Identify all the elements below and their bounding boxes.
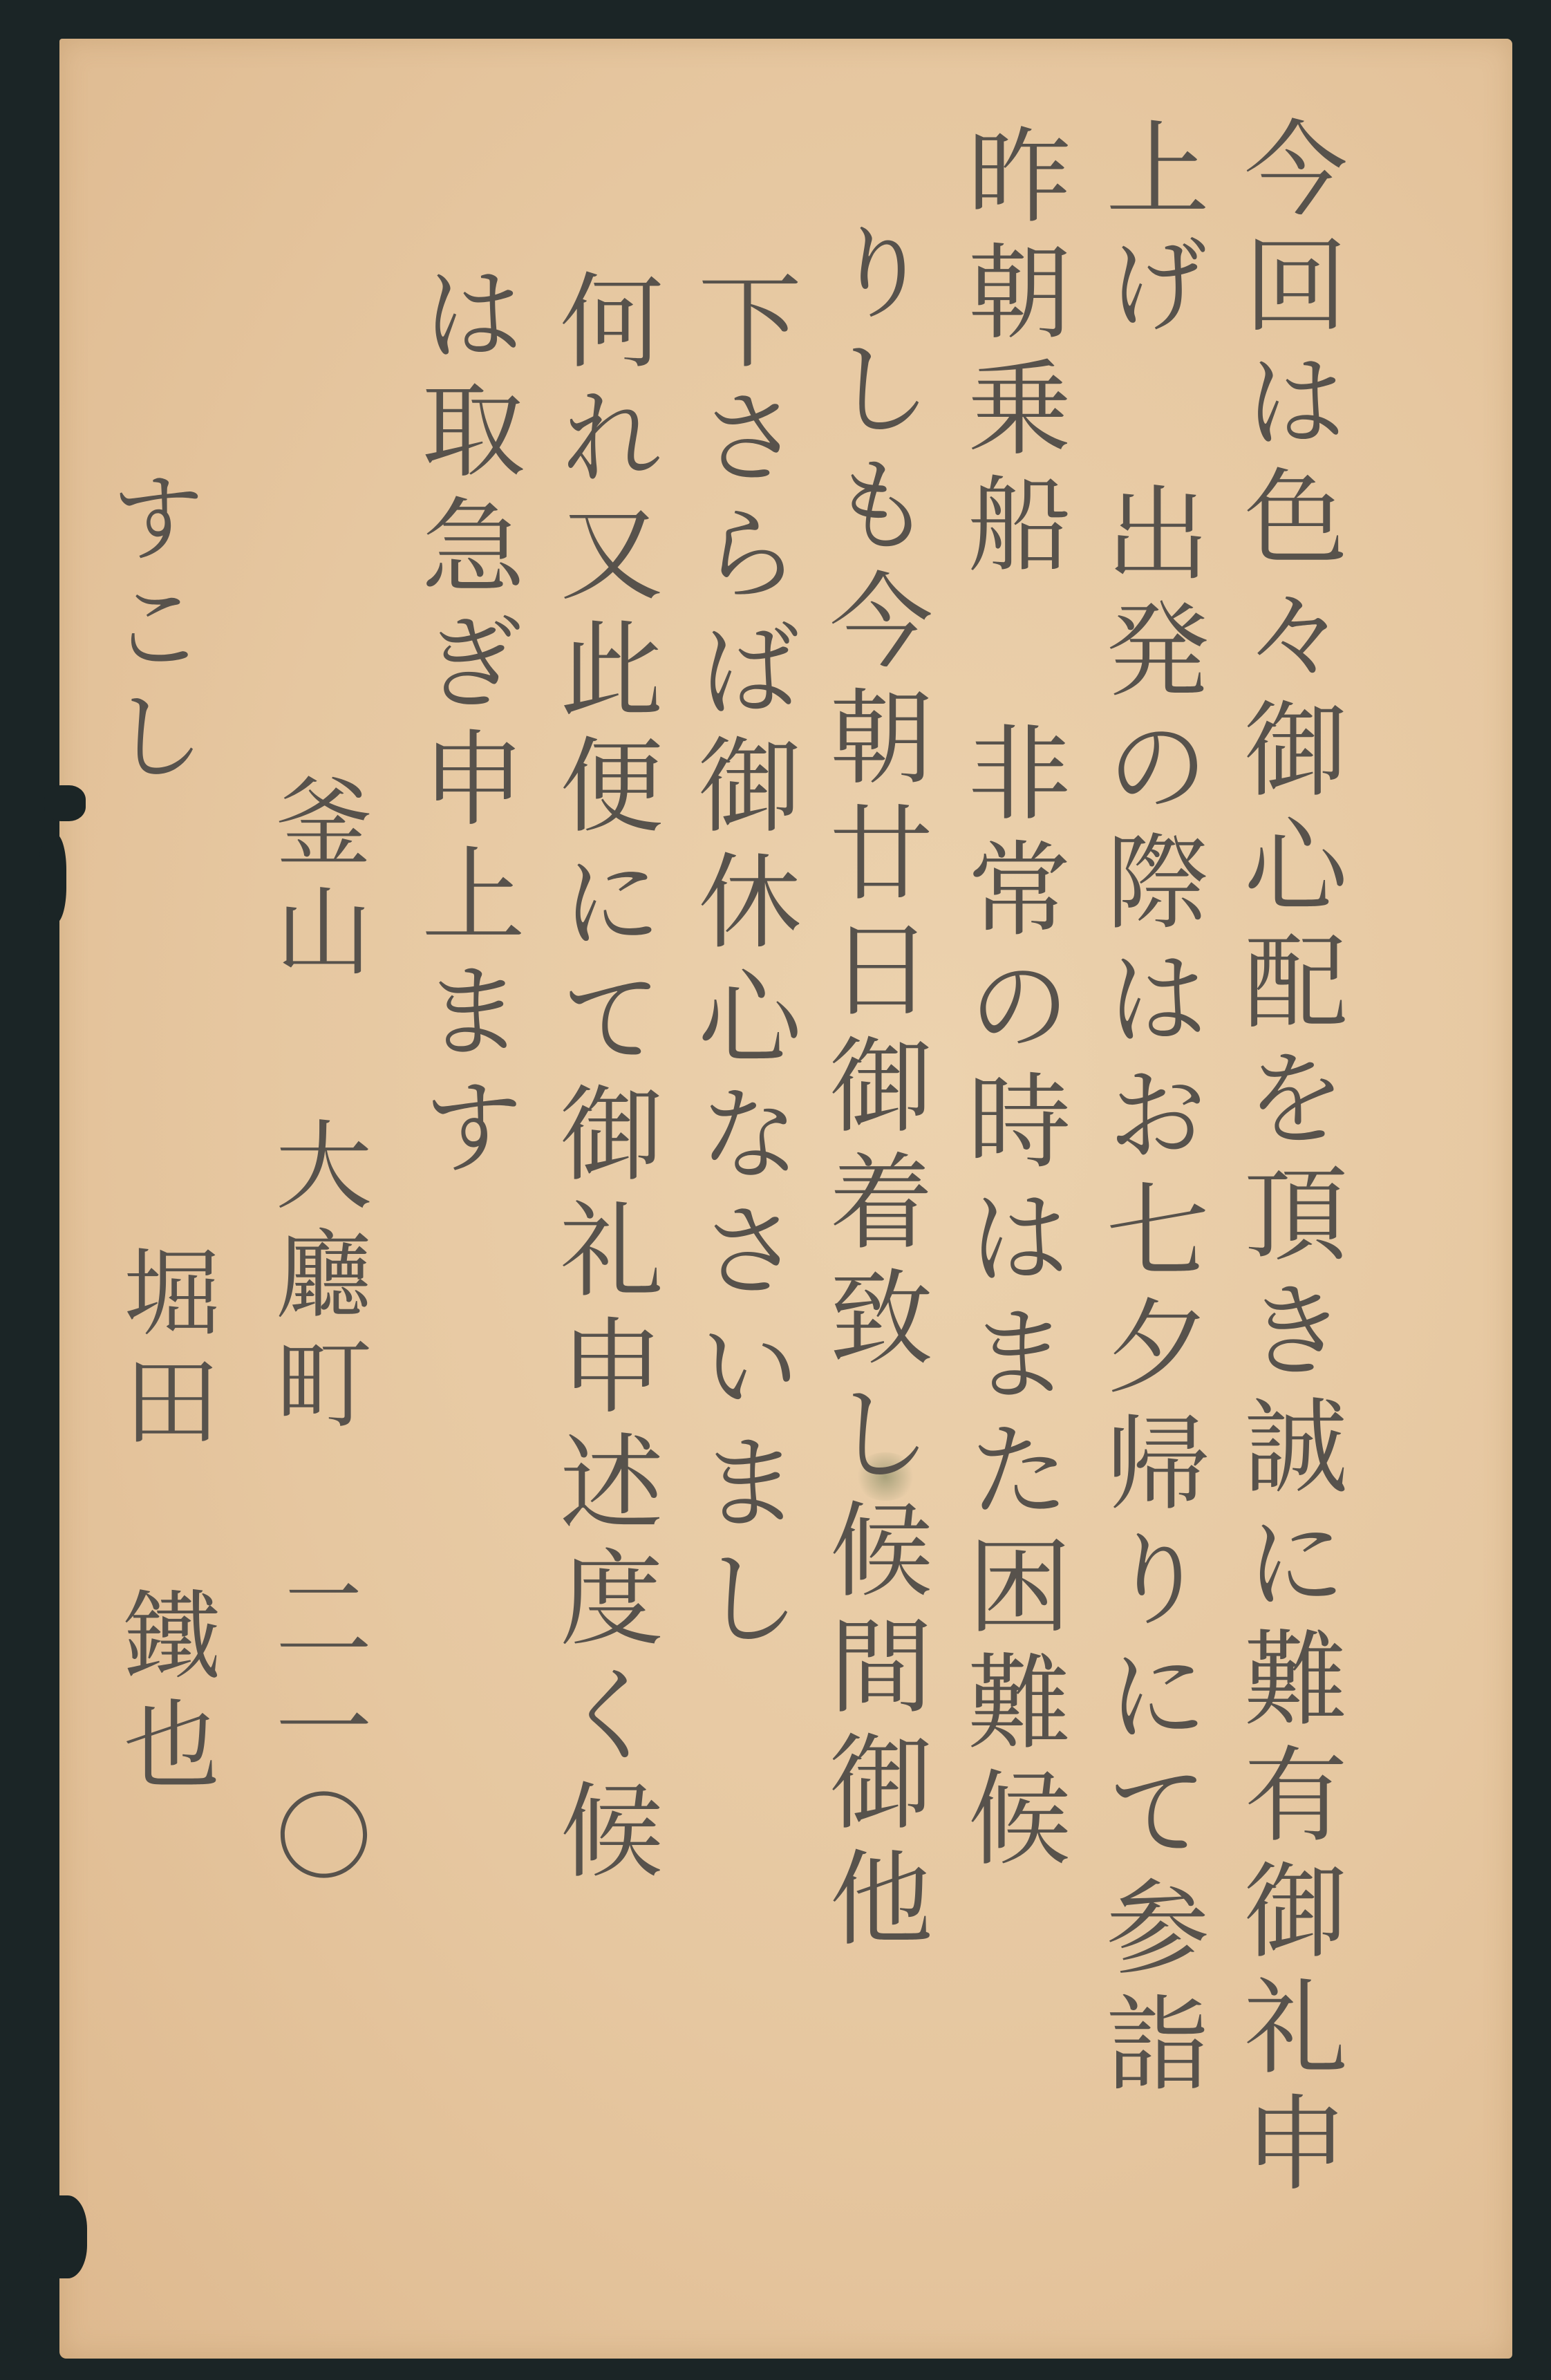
side-note: すこし bbox=[101, 467, 198, 795]
torn-edge-notch bbox=[44, 785, 86, 821]
letter-column-7: は取急ぎ申上ます bbox=[412, 260, 516, 1189]
letter-column-4: りしも今朝廿日御着致し候間御他 bbox=[820, 218, 923, 1960]
letter-column-2: 上げ 出発の際はお七夕帰りにて参詣 bbox=[1096, 115, 1200, 2106]
letter-column-5: 下さらば御休心なさいまし bbox=[688, 267, 792, 1660]
sender-address: 釜山 大廳町 二一〇 bbox=[267, 771, 364, 1895]
torn-edge-notch bbox=[39, 2195, 87, 2278]
postcard: 今回は色々御心配を頂き誠に難有御礼申 上げ 出発の際はお七夕帰りにて参詣 昨朝乗… bbox=[59, 39, 1512, 2359]
letter-column-1: 今回は色々御心配を頂き誠に難有御礼申 bbox=[1234, 115, 1338, 2205]
torn-edge-notch bbox=[39, 834, 66, 924]
letter-column-6: 何れ又此便にて御礼申述度く候 bbox=[550, 267, 654, 1893]
letter-column-3: 昨朝乗船 非常の時はまた困難候 bbox=[958, 122, 1062, 1880]
sender-signature: 堀田 鐵也 bbox=[115, 1241, 211, 1803]
